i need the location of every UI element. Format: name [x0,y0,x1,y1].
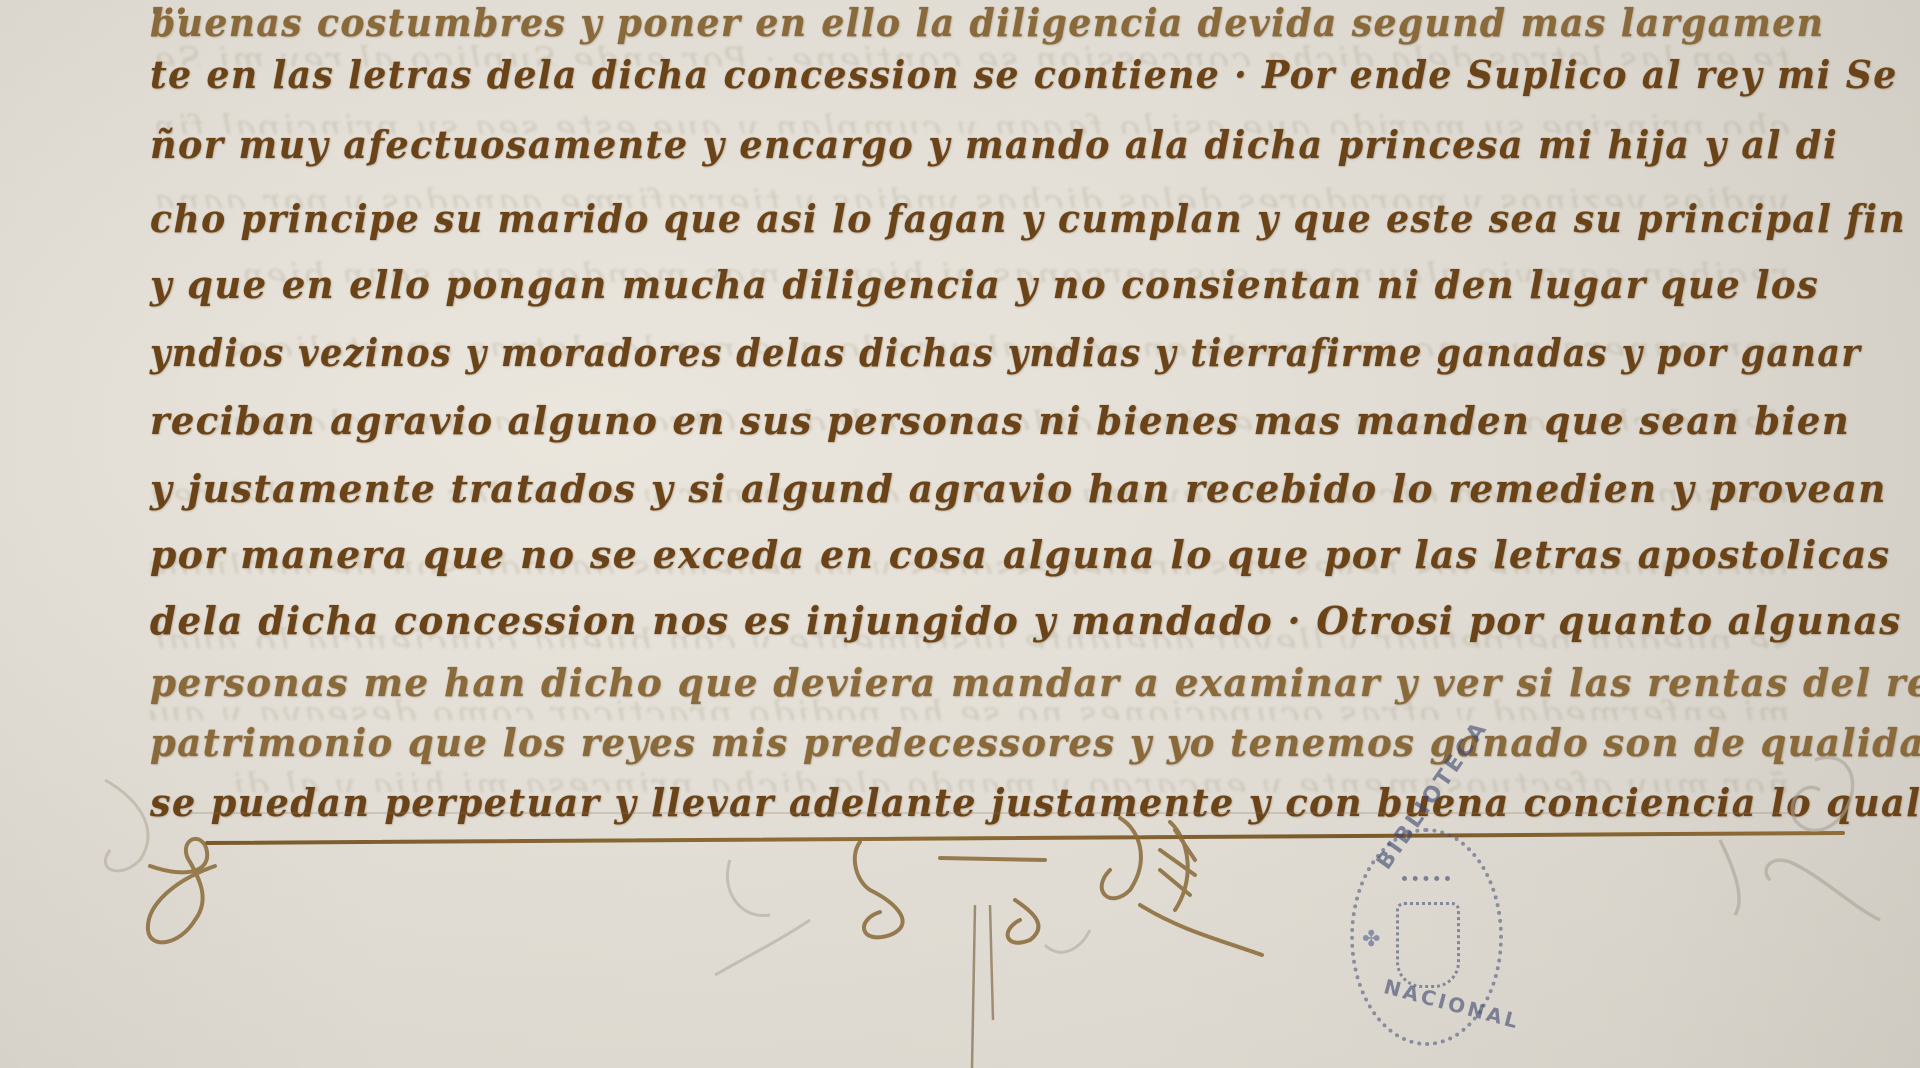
flourishes-svg [0,0,1920,1068]
fleur-ornament-icon: ✤ [1362,927,1380,952]
left-paraph-flourish-icon [148,839,215,943]
crown-icon [1402,876,1450,903]
signature-vertical-stroke-icon [972,905,993,1068]
shield-crest-icon [1396,902,1460,988]
right-ghost-flourish-icon [1720,757,1880,920]
library-stamp: BIBLIOTECA ✤ NACIONAL [1350,828,1503,1046]
